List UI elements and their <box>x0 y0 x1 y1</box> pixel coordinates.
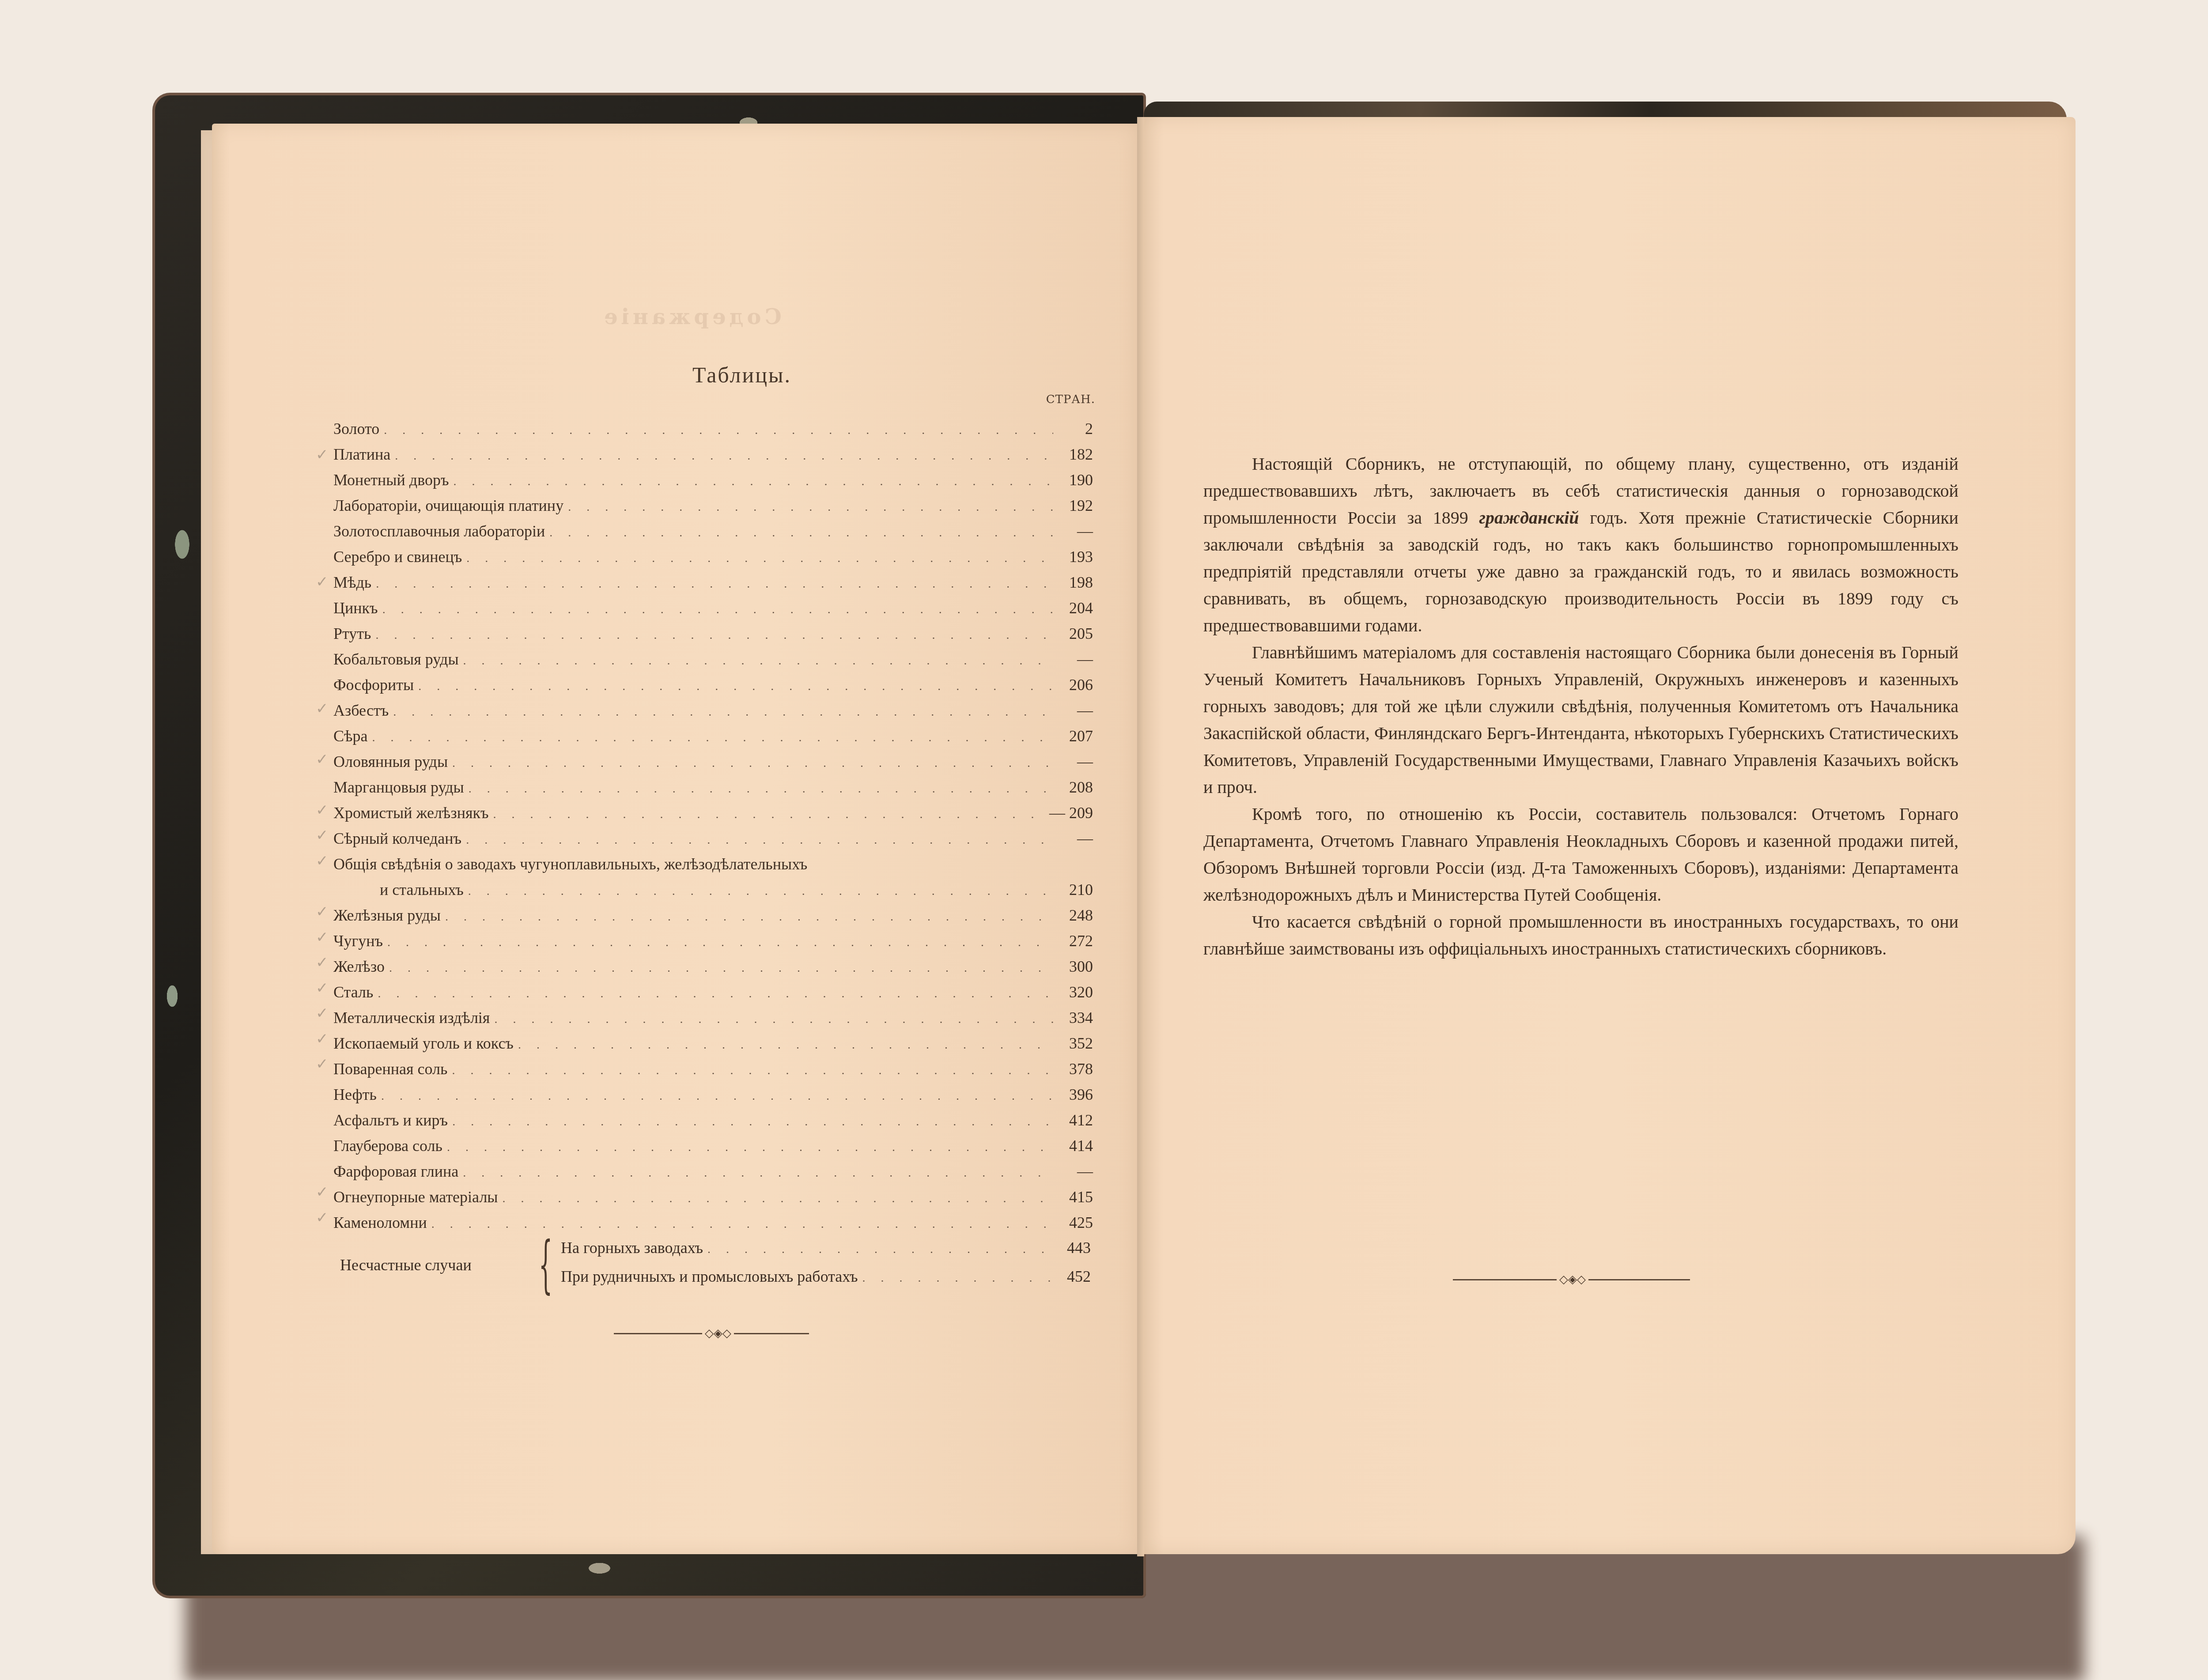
bleed-through-text: Содержаніе <box>601 305 782 329</box>
toc-entry: На горныхъ заводахъ443 <box>561 1238 1091 1257</box>
toc-heading: Таблицы. <box>671 362 813 388</box>
toc-entry: Асфальтъ и киръ412 <box>333 1111 1093 1136</box>
ornament-divider: ◇◈◇ <box>1453 1275 1690 1284</box>
toc-entry: Золото2 <box>333 419 1093 445</box>
pencil-check-icon: ✓ <box>316 903 329 921</box>
pencil-check-icon: ✓ <box>316 1004 329 1022</box>
toc-entry: Кобальтовыя руды— <box>333 650 1093 676</box>
toc-entry: Сѣрный колчеданъ— <box>333 829 1093 855</box>
toc-entry: Лабораторіи, очищающія платину192 <box>333 496 1093 522</box>
toc-entry: Цинкъ204 <box>333 599 1093 624</box>
toc-entry: Азбестъ— <box>333 701 1093 727</box>
accidents-group: Несчастные случаи { На горныхъ заводахъ4… <box>340 1236 1091 1298</box>
toc-entry: Каменоломни425 <box>333 1213 1093 1239</box>
pencil-check-icon: ✓ <box>316 1030 329 1048</box>
pencil-check-icon: ✓ <box>316 801 329 819</box>
toc-entry-continued: и стальныхъ210 <box>333 880 1093 906</box>
curly-brace-icon: { <box>539 1236 552 1294</box>
pencil-check-icon: ✓ <box>316 573 329 591</box>
toc-entry: Монетный дворъ190 <box>333 471 1093 496</box>
ornament-icon: ◇◈◇ <box>1559 1273 1586 1286</box>
paragraph: Что касается свѣдѣній о горной промышлен… <box>1203 908 1958 962</box>
toc-entry: Платина182 <box>333 445 1093 471</box>
pencil-check-icon: ✓ <box>316 979 329 997</box>
pencil-check-icon: ✓ <box>316 852 329 870</box>
pencil-check-icon: ✓ <box>316 929 329 946</box>
toc-entry: Золотосплавочныя лабораторіи— <box>333 522 1093 547</box>
toc-entry: Поваренная соль378 <box>333 1060 1093 1085</box>
toc-page-column-header: СТРАН. <box>1042 393 1095 406</box>
preface-text: Настоящій Сборникъ, не отступающій, по о… <box>1203 450 1958 962</box>
toc-entry: Оловянныя руды— <box>333 752 1093 778</box>
toc-entry: Сѣра207 <box>333 727 1093 752</box>
pencil-check-icon: ✓ <box>316 700 329 717</box>
ornament-divider: ◇◈◇ <box>614 1329 809 1338</box>
pencil-check-icon: ✓ <box>316 954 329 971</box>
toc-entry: Нефть396 <box>333 1085 1093 1111</box>
pencil-check-icon: ✓ <box>316 827 329 844</box>
toc-entry: Марганцовыя руды208 <box>333 778 1093 804</box>
toc-entry: Хромистый желѣзнякъ— 209 <box>333 804 1093 829</box>
ornament-icon: ◇◈◇ <box>705 1327 731 1340</box>
toc-entry: Чугунъ272 <box>333 932 1093 957</box>
toc-entry: Металлическія издѣлія334 <box>333 1008 1093 1034</box>
paragraph: Настоящій Сборникъ, не отступающій, по о… <box>1203 450 1958 639</box>
table-of-contents: Золото2 Платина182 Монетный дворъ190 Лаб… <box>333 419 1093 1239</box>
toc-entry: Глауберова соль414 <box>333 1136 1093 1162</box>
toc-entry: Желѣзо300 <box>333 957 1093 983</box>
book-gutter <box>1137 117 1144 1556</box>
pencil-check-icon: ✓ <box>316 446 329 464</box>
toc-entry: Общія свѣдѣнія о заводахъ чугуноплавильн… <box>333 855 1093 880</box>
toc-entry: Мѣдь198 <box>333 573 1093 599</box>
toc-entry: Сталь320 <box>333 983 1093 1008</box>
accidents-label: Несчастные случаи <box>340 1256 472 1274</box>
paragraph: Главнѣйшимъ матеріаломъ для составленія … <box>1203 639 1958 800</box>
toc-entry: Огнеупорные матеріалы415 <box>333 1188 1093 1213</box>
pencil-check-icon: ✓ <box>316 1055 329 1073</box>
pencil-check-icon: ✓ <box>316 1209 329 1227</box>
toc-entry: Фарфоровая глина— <box>333 1162 1093 1188</box>
toc-entry: Желѣзныя руды248 <box>333 906 1093 932</box>
pencil-check-icon: ✓ <box>316 751 329 768</box>
toc-entry: Ртуть205 <box>333 624 1093 650</box>
toc-entry: Фосфориты206 <box>333 676 1093 701</box>
toc-entry: Ископаемый уголь и коксъ352 <box>333 1034 1093 1060</box>
paragraph: Кромѣ того, по отношенію къ Россіи, сост… <box>1203 800 1958 908</box>
toc-entry: При рудничныхъ и промысловыхъ работахъ45… <box>561 1267 1091 1286</box>
pencil-check-icon: ✓ <box>316 1183 329 1201</box>
toc-entry: Серебро и свинецъ193 <box>333 547 1093 573</box>
